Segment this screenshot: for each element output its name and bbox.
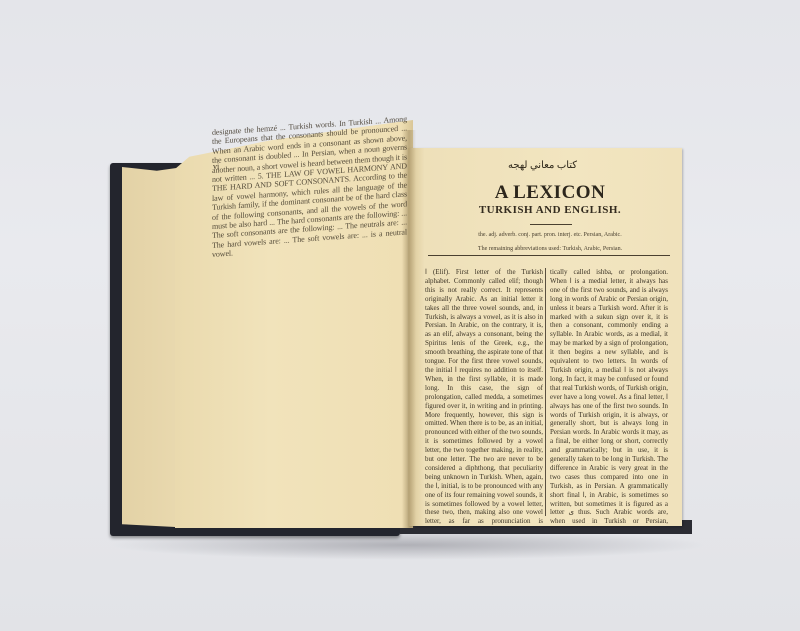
abbreviations-line-2: The remaining abbreviations used: Turkis… [430, 246, 670, 252]
arabic-heading: كتاب معاني لهجه [508, 160, 577, 171]
right-page-column-right: tically called ishba, or prolongation. W… [550, 268, 668, 526]
header-rule [428, 255, 670, 256]
right-page-column-left: ا (Elif). First letter of the Turkish al… [425, 268, 543, 526]
left-page-text: designate the hemzé ... Turkish words. I… [212, 114, 407, 508]
book-subtitle: TURKISH AND ENGLISH. [420, 204, 680, 216]
book-title: A LEXICON [420, 182, 680, 204]
title-rule [530, 224, 572, 225]
abbreviations-line-1: the. adj. adverb. conj. part. pron. inte… [430, 232, 670, 238]
column-divider [545, 268, 546, 516]
